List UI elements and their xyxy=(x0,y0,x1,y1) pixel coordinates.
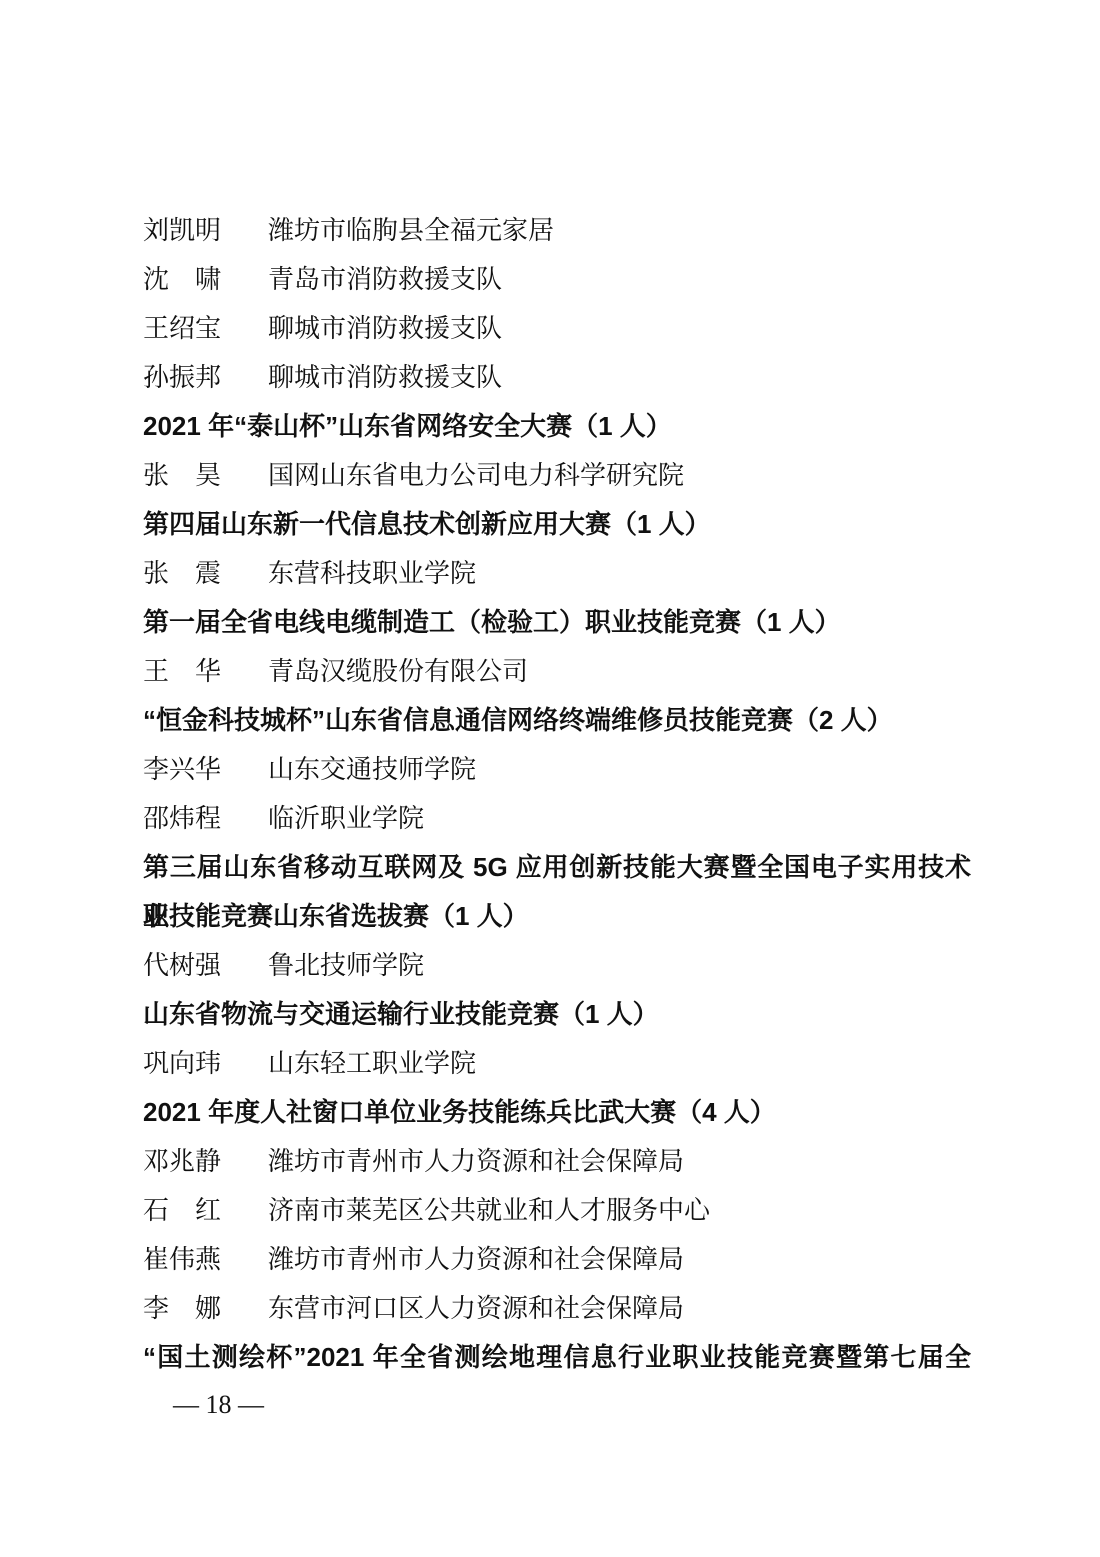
winner-organization: 国网山东省电力公司电力科学研究院 xyxy=(268,451,684,500)
winner-name: 邓兆静 xyxy=(143,1137,268,1186)
award-row: 代树强鲁北技师学院 xyxy=(143,941,971,990)
winner-name: 代树强 xyxy=(143,941,268,990)
winner-name: 巩向玮 xyxy=(143,1039,268,1088)
winner-organization: 潍坊市临朐县全福元家居 xyxy=(268,206,554,255)
winner-organization: 聊城市消防救援支队 xyxy=(268,304,502,353)
competition-heading: 第四届山东新一代信息技术创新应用大赛（1 人） xyxy=(143,500,971,549)
award-row: 王绍宝聊城市消防救援支队 xyxy=(143,304,971,353)
winner-organization: 潍坊市青州市人力资源和社会保障局 xyxy=(268,1235,684,1284)
winner-organization: 鲁北技师学院 xyxy=(268,941,424,990)
winner-name: 石 红 xyxy=(143,1186,268,1235)
winner-name: 邵炜程 xyxy=(143,794,268,843)
award-row: 邓兆静潍坊市青州市人力资源和社会保障局 xyxy=(143,1137,971,1186)
winner-organization: 东营科技职业学院 xyxy=(268,549,476,598)
winner-organization: 东营市河口区人力资源和社会保障局 xyxy=(268,1284,684,1333)
winner-organization: 青岛市消防救援支队 xyxy=(268,255,502,304)
page-number: — 18 — xyxy=(173,1389,264,1421)
winner-organization: 济南市莱芜区公共就业和人才服务中心 xyxy=(268,1186,710,1235)
winner-name: 李兴华 xyxy=(143,745,268,794)
award-row: 崔伟燕潍坊市青州市人力资源和社会保障局 xyxy=(143,1235,971,1284)
document-page: 刘凯明潍坊市临朐县全福元家居沈 啸青岛市消防救援支队王绍宝聊城市消防救援支队孙振… xyxy=(0,0,1100,1557)
award-row: 李 娜东营市河口区人力资源和社会保障局 xyxy=(143,1284,971,1333)
winner-name: 张 昊 xyxy=(143,451,268,500)
competition-heading: 2021 年“泰山杯”山东省网络安全大赛（1 人） xyxy=(143,402,971,451)
competition-heading: 第一届全省电线电缆制造工（检验工）职业技能竞赛（1 人） xyxy=(143,598,971,647)
winner-name: 张 震 xyxy=(143,549,268,598)
award-row: 张 昊国网山东省电力公司电力科学研究院 xyxy=(143,451,971,500)
winner-organization: 山东交通技师学院 xyxy=(268,745,476,794)
winner-name: 李 娜 xyxy=(143,1284,268,1333)
winner-name: 王绍宝 xyxy=(143,304,268,353)
winner-organization: 山东轻工职业学院 xyxy=(268,1039,476,1088)
competition-heading: “国土测绘杯”2021 年全省测绘地理信息行业职业技能竞赛暨第七届全 xyxy=(143,1333,971,1382)
award-row: 李兴华山东交通技师学院 xyxy=(143,745,971,794)
winner-organization: 临沂职业学院 xyxy=(268,794,424,843)
award-row: 王 华青岛汉缆股份有限公司 xyxy=(143,647,971,696)
competition-heading: 2021 年度人社窗口单位业务技能练兵比武大赛（4 人） xyxy=(143,1088,971,1137)
winner-name: 刘凯明 xyxy=(143,206,268,255)
competition-heading: “恒金科技城杯”山东省信息通信网络终端维修员技能竞赛（2 人） xyxy=(143,696,971,745)
award-row: 刘凯明潍坊市临朐县全福元家居 xyxy=(143,206,971,255)
winner-organization: 聊城市消防救援支队 xyxy=(268,353,502,402)
winner-organization: 青岛汉缆股份有限公司 xyxy=(268,647,528,696)
award-row: 沈 啸青岛市消防救援支队 xyxy=(143,255,971,304)
competition-heading: 第三届山东省移动互联网及 5G 应用创新技能大赛暨全国电子实用技术职 xyxy=(143,843,971,892)
competition-heading: 业技能竞赛山东省选拔赛（1 人） xyxy=(143,892,971,941)
winner-name: 崔伟燕 xyxy=(143,1235,268,1284)
award-row: 孙振邦聊城市消防救援支队 xyxy=(143,353,971,402)
winner-organization: 潍坊市青州市人力资源和社会保障局 xyxy=(268,1137,684,1186)
competition-heading: 山东省物流与交通运输行业技能竞赛（1 人） xyxy=(143,990,971,1039)
award-row: 巩向玮山东轻工职业学院 xyxy=(143,1039,971,1088)
award-row: 张 震东营科技职业学院 xyxy=(143,549,971,598)
award-row: 邵炜程临沂职业学院 xyxy=(143,794,971,843)
winner-name: 王 华 xyxy=(143,647,268,696)
document-body: 刘凯明潍坊市临朐县全福元家居沈 啸青岛市消防救援支队王绍宝聊城市消防救援支队孙振… xyxy=(143,206,971,1382)
winner-name: 孙振邦 xyxy=(143,353,268,402)
award-row: 石 红济南市莱芜区公共就业和人才服务中心 xyxy=(143,1186,971,1235)
winner-name: 沈 啸 xyxy=(143,255,268,304)
